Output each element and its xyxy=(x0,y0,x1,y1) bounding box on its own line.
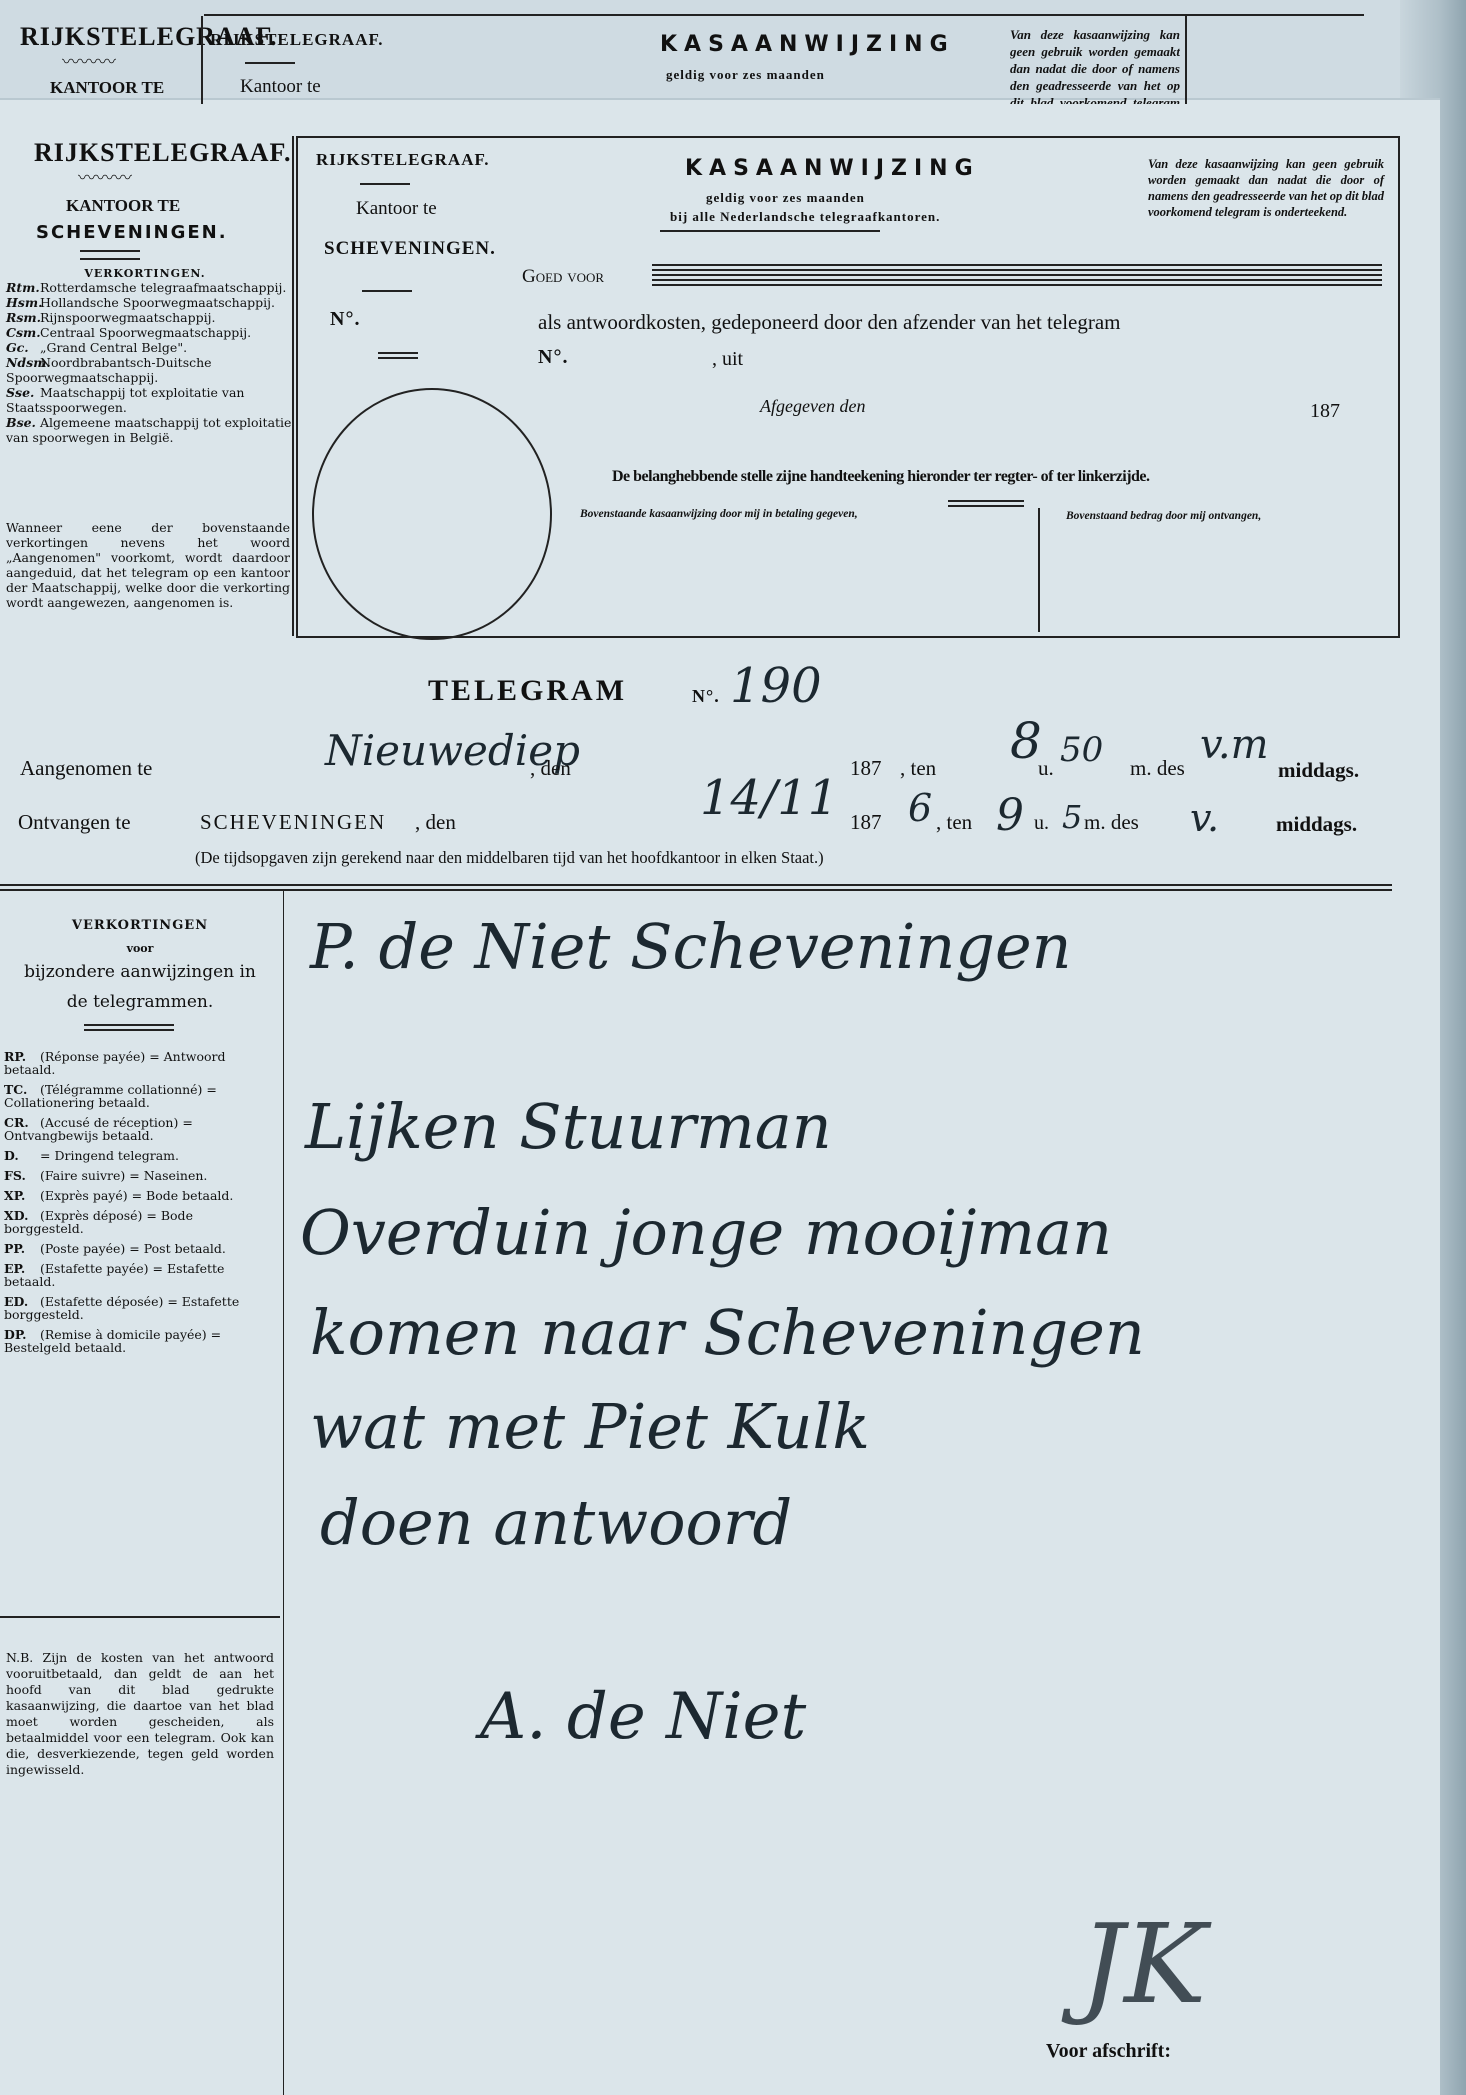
abbreviation-item: Ndsm.Noordbrabantsch-Duitsche Spoorwegma… xyxy=(6,355,294,385)
stub-divider-line xyxy=(292,136,294,636)
message-line-6: doen antwoord xyxy=(320,1486,792,1559)
legend-subtitle-1: bijzondere aanwijzingen in xyxy=(0,962,280,982)
copy-label: Voor afschrift: xyxy=(1046,2040,1171,2063)
issued-year: 187 xyxy=(1310,400,1340,423)
voucher-subtitle-2: bij alle Nederlandsche telegraafkantoren… xyxy=(670,209,940,225)
paid-out-label: Bovenstaande kasaanwijzing door mij in b… xyxy=(580,508,858,520)
clerk-initials: JK xyxy=(1080,1900,1206,2028)
abbreviation-item: Rtm.Rotterdamsche telegraafmaatschappij. xyxy=(6,280,294,295)
received-label-text: Ontvangen te xyxy=(18,810,131,835)
time-note: (De tijdsopgaven zijn gerekend naar den … xyxy=(195,848,824,868)
top-stub-right-border xyxy=(1185,16,1187,104)
voucher-box-office-label: Kantoor te xyxy=(356,198,437,220)
received-place: SCHEVENINGEN xyxy=(200,810,386,835)
legend-item: D.= Dringend telegram. xyxy=(4,1149,274,1162)
legend-voor: voor xyxy=(0,942,280,955)
legend-item: ED.(Estafette déposée) = Estafette borgg… xyxy=(4,1295,274,1321)
abbreviation-item: Gc.„Grand Central Belge". xyxy=(6,340,294,355)
top-stub-notice: Van deze kasaanwijzing kan geen gebruik … xyxy=(1010,26,1180,104)
top-stub-form-title: KASAANWIJZING xyxy=(660,32,955,57)
top-stub-office-label: KANTOOR TE xyxy=(50,78,164,98)
voucher-box-rule-2 xyxy=(362,290,412,292)
legend-divider xyxy=(283,890,284,2095)
legend-item: FS.(Faire suivre) = Naseinen. xyxy=(4,1169,274,1182)
received-ten-label: , ten xyxy=(936,810,972,835)
legend-subtitle-2: de telegrammen. xyxy=(0,992,280,1012)
received-middags-label: middags. xyxy=(1276,812,1357,837)
stub-abbreviations-list: Rtm.Rotterdamsche telegraafmaatschappij.… xyxy=(6,280,294,445)
stub-abbreviations-title: VERKORTINGEN. xyxy=(0,266,290,281)
accepted-ten-label: , ten xyxy=(900,756,936,781)
received-part-of-day: v. xyxy=(1190,796,1219,840)
stub-wavy-rule: 〰〰〰 xyxy=(78,174,132,184)
reply-from-label: , uit xyxy=(712,348,743,371)
received-den-label: , den xyxy=(415,810,456,835)
received-u-label: u. xyxy=(1034,812,1049,835)
voucher-box-double-rule xyxy=(378,352,418,359)
top-stub-border xyxy=(204,14,1364,16)
abbreviation-item: Csm.Centraal Spoorwegmaatschappij. xyxy=(6,325,294,340)
received-hour: 9 xyxy=(996,790,1024,841)
stub-double-rule xyxy=(80,250,140,260)
stub-office-label: KANTOOR TE xyxy=(66,196,180,216)
signature-divider xyxy=(1038,508,1040,632)
received-date: 14/11 xyxy=(700,770,838,826)
legend-item: XP.(Exprès payé) = Bode betaald. xyxy=(4,1189,274,1202)
message-line-4: komen naar Scheveningen xyxy=(310,1296,1145,1369)
accepted-year-prefix: 187 xyxy=(850,756,882,781)
received-minutes: 5 xyxy=(1062,798,1082,836)
stub-office-name: SCHEVENINGEN. xyxy=(36,222,228,243)
top-stub-box-office-label: Kantoor te xyxy=(240,76,321,98)
header-double-rule xyxy=(0,884,1392,891)
message-line-2: Lijken Stuurman xyxy=(305,1090,832,1163)
message-line-1: P. de Niet Scheveningen xyxy=(310,910,1072,983)
top-stub-wavy-rule: 〰〰〰 xyxy=(62,58,116,68)
received-label: Bovenstaand bedrag door mij ontvangen, xyxy=(1066,510,1261,522)
voucher-subtitle-1: geldig voor zes maanden xyxy=(706,190,865,206)
abbreviation-item: Sse.Maatschappij tot exploitatie van Sta… xyxy=(6,385,294,415)
legend-item: RP.(Réponse payée) = Antwoord betaald. xyxy=(4,1050,274,1076)
legend-item: PP.(Poste payée) = Post betaald. xyxy=(4,1242,274,1255)
abbreviation-item: Bse.Algemeene maatschappij tot exploitat… xyxy=(6,415,294,445)
amount-hatch-field xyxy=(652,264,1382,288)
message-line-5: wat met Piet Kulk xyxy=(310,1390,870,1463)
top-stub-box-title: RIJKSTELEGRAAF. xyxy=(210,30,384,50)
abbreviation-item: Rsm.Rijnspoorwegmaatschappij. xyxy=(6,310,294,325)
legend-title: VERKORTINGEN xyxy=(0,918,280,933)
voucher-form-title: KASAANWIJZING xyxy=(685,156,980,181)
legend-list: RP.(Réponse payée) = Antwoord betaald. T… xyxy=(4,1050,274,1361)
signature-instruction: De belanghebbende stelle zijne handteeke… xyxy=(612,468,1150,486)
accepted-u-label: u. xyxy=(1038,756,1054,781)
telegram-number-value: 190 xyxy=(730,658,822,714)
telegram-title: TELEGRAM xyxy=(428,674,627,708)
reply-number-label: N°. xyxy=(538,346,568,369)
legend-nb-rule xyxy=(0,1616,280,1618)
stub-title: RIJKSTELEGRAAF. xyxy=(34,138,292,168)
abbreviation-item: Hsm.Hollandsche Spoorwegmaatschappij. xyxy=(6,295,294,310)
voucher-box-number-label: N°. xyxy=(330,308,360,331)
voucher-box-title: RIJKSTELEGRAAF. xyxy=(316,150,490,170)
accepted-middags-label: middags. xyxy=(1278,758,1359,783)
voucher-notice: Van deze kasaanwijzing kan geen gebruik … xyxy=(1148,156,1384,220)
legend-nb-note: N.B. Zijn de kosten van het antwoord voo… xyxy=(6,1650,274,1778)
telegram-number-label: N°. xyxy=(692,686,720,707)
accepted-minutes: 50 xyxy=(1060,730,1103,770)
top-stub-subtitle: geldig voor zes maanden xyxy=(666,67,825,83)
top-stub-box-rule xyxy=(245,62,295,64)
instruction-double-rule xyxy=(948,500,1024,507)
stub-abbreviations-note: Wanneer eene der bovenstaande verkorting… xyxy=(6,520,290,610)
message-line-3: Overduin jonge mooijman xyxy=(300,1196,1112,1269)
received-year: 6 xyxy=(908,786,932,830)
good-for-label: Goed voor xyxy=(522,266,604,288)
voucher-subtitle-rule xyxy=(660,230,880,232)
legend-double-rule xyxy=(84,1024,174,1031)
accepted-den-label: , den xyxy=(530,756,571,781)
top-stub-divider xyxy=(201,16,203,104)
received-year-prefix: 187 xyxy=(850,810,882,835)
legend-item: EP.(Estafette payée) = Estafette betaald… xyxy=(4,1262,274,1288)
legend-item: DP.(Remise à domicile payée) = Bestelgel… xyxy=(4,1328,274,1354)
reply-cost-line: als antwoordkosten, gedeponeerd door den… xyxy=(538,310,1121,335)
issued-label: Afgegeven den xyxy=(760,396,865,417)
accepted-m-label: m. des xyxy=(1130,756,1185,781)
voucher-box-office-name: SCHEVENINGEN. xyxy=(324,238,496,260)
sender-signature: A. de Niet xyxy=(480,1680,806,1754)
legend-item: CR.(Accusé de réception) = Ontvangbewijs… xyxy=(4,1116,274,1142)
legend-item: TC.(Télégramme collationné) = Collatione… xyxy=(4,1083,274,1109)
voucher-box-rule xyxy=(360,183,410,185)
stamp-circle xyxy=(312,388,552,640)
legend-item: XD.(Exprès déposé) = Bode borggesteld. xyxy=(4,1209,274,1235)
accepted-part-of-day: v.m xyxy=(1200,722,1269,768)
received-m-label: m. des xyxy=(1084,810,1139,835)
accepted-label: Aangenomen te xyxy=(20,756,152,781)
